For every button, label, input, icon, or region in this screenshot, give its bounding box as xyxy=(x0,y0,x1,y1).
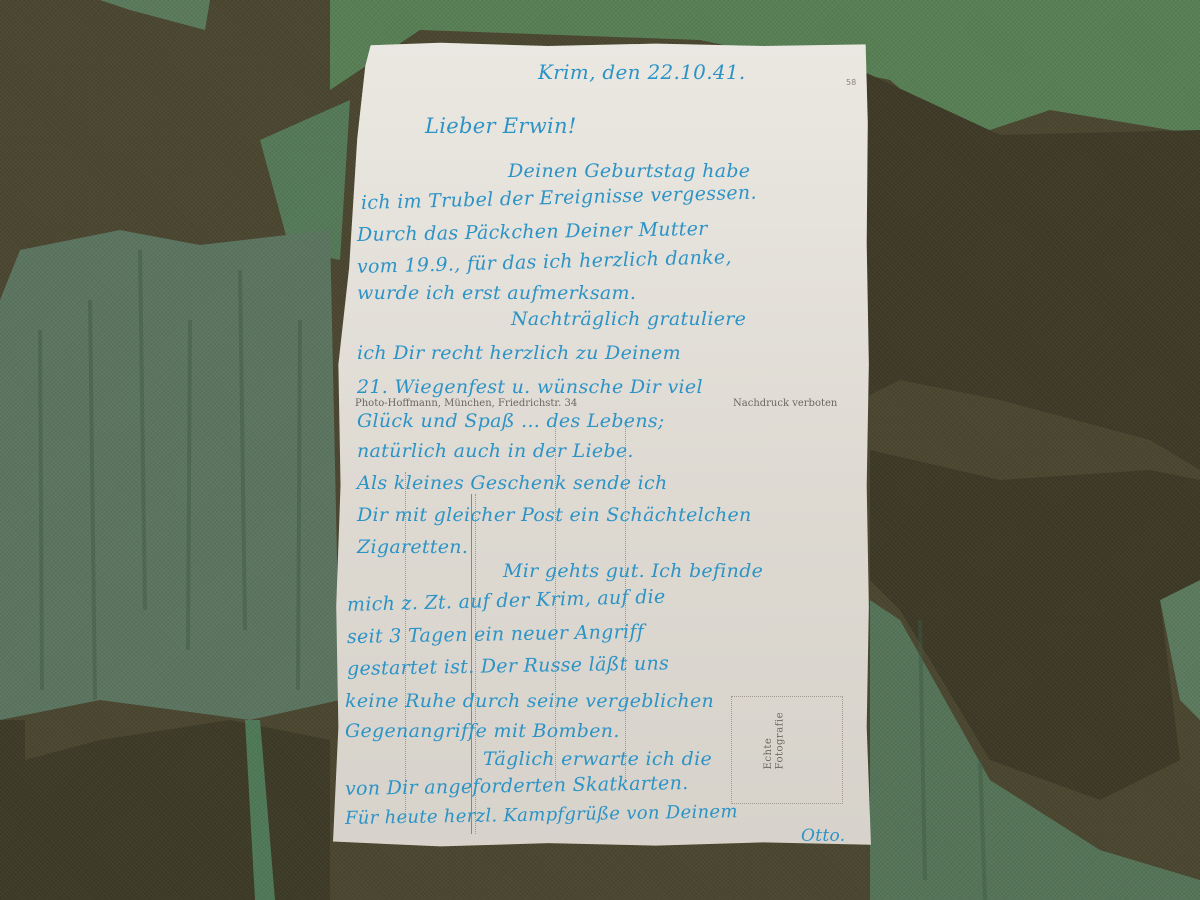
letter-line: Deinen Geburtstag habe xyxy=(508,160,750,182)
copyright-notice: Nachdruck verboten xyxy=(733,398,837,409)
publisher-imprint: Photo-Hoffmann, München, Friedrichstr. 3… xyxy=(355,398,577,409)
letter-line: Gegenangriffe mit Bomben. xyxy=(345,720,620,742)
letter-line: Mir gehts gut. Ich befinde xyxy=(503,560,763,582)
letter-line: Zigaretten. xyxy=(357,536,468,558)
letter-line: Dir mit gleicher Post ein Schächtelchen xyxy=(357,504,752,526)
letter-line: Glück und Spaß ... des Lebens; xyxy=(357,410,665,432)
letter-line: natürlich auch in der Liebe. xyxy=(357,440,634,462)
letter-line: ich Dir recht herzlich zu Deinem xyxy=(357,342,681,364)
letter-line: Nachträglich gratuliere xyxy=(511,308,746,330)
stamp-box xyxy=(731,696,843,804)
letter-line: 21. Wiegenfest u. wünsche Dir viel xyxy=(357,376,703,398)
letter-line: keine Ruhe durch seine vergeblichen xyxy=(345,690,714,712)
letter-signature: Otto. xyxy=(801,826,845,846)
corner-number: 58 xyxy=(846,78,856,87)
letter-date: Krim, den 22.10.41. xyxy=(538,60,746,84)
letter-line: Als kleines Geschenk sende ich xyxy=(357,472,668,494)
stamp-box-label: Echte Fotografie xyxy=(763,712,786,769)
letter-line: Täglich erwarte ich die xyxy=(483,748,712,770)
letter-salutation: Lieber Erwin! xyxy=(425,114,577,138)
postcard: 58 Photo-Hoffmann, München, Friedrichstr… xyxy=(333,42,871,848)
letter-line: wurde ich erst aufmerksam. xyxy=(357,282,636,304)
